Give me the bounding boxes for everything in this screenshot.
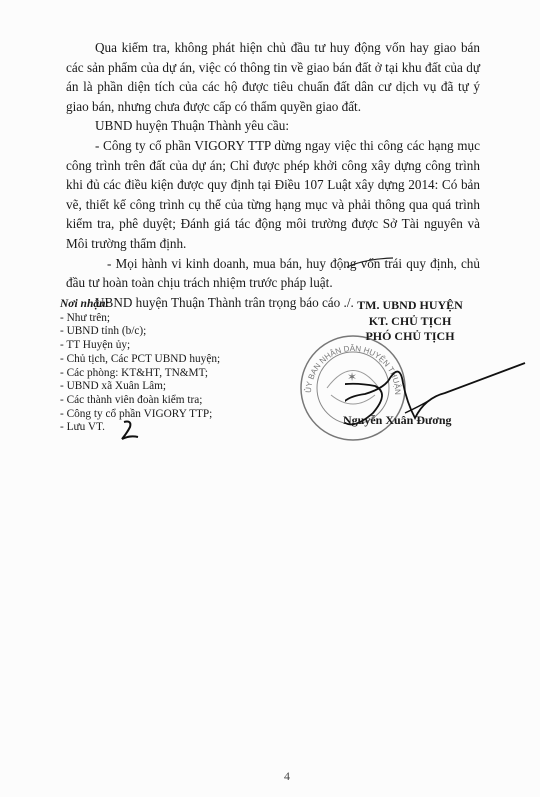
- signature-title-line1: TM. UBND HUYỆN: [320, 298, 500, 314]
- recipient-item: - UBND tỉnh (b/c);: [60, 325, 220, 339]
- handwritten-tick-mark: [345, 255, 395, 269]
- handwritten-initial: [118, 418, 142, 442]
- recipient-item: - Các phòng: KT&HT, TN&MT;: [60, 367, 220, 381]
- paragraph-responsibility: - Mọi hành vi kinh doanh, mua bán, huy đ…: [66, 254, 480, 293]
- recipients-title: Nơi nhận:: [60, 298, 220, 312]
- page-number: 4: [284, 769, 290, 784]
- signature-block: TM. UBND HUYỆN KT. CHỦ TỊCH PHÓ CHỦ TỊCH: [320, 298, 500, 345]
- recipient-item: - Như trên;: [60, 312, 220, 326]
- recipient-item: - UBND xã Xuân Lâm;: [60, 380, 220, 394]
- paragraph-inspection-result: Qua kiểm tra, không phát hiện chủ đầu tư…: [66, 38, 480, 116]
- signer-name: Nguyễn Xuân Đương: [343, 413, 452, 428]
- paragraph-request-intro: UBND huyện Thuận Thành yêu cầu:: [66, 116, 480, 136]
- recipient-item: - Các thành viên đoàn kiểm tra;: [60, 394, 220, 408]
- document-body: Qua kiểm tra, không phát hiện chủ đầu tư…: [66, 38, 480, 312]
- document-page: Qua kiểm tra, không phát hiện chủ đầu tư…: [0, 0, 540, 797]
- signature-title-line3: PHÓ CHỦ TỊCH: [320, 329, 500, 345]
- recipients-list: Nơi nhận: - Như trên; - UBND tỉnh (b/c);…: [60, 298, 220, 435]
- recipient-item: - TT Huyện ủy;: [60, 339, 220, 353]
- paragraph-request-stop-construction: - Công ty cổ phần VIGORY TTP dừng ngay v…: [66, 136, 480, 254]
- signature-title-line2: KT. CHỦ TỊCH: [320, 314, 500, 330]
- recipient-item: - Chủ tịch, Các PCT UBND huyện;: [60, 353, 220, 367]
